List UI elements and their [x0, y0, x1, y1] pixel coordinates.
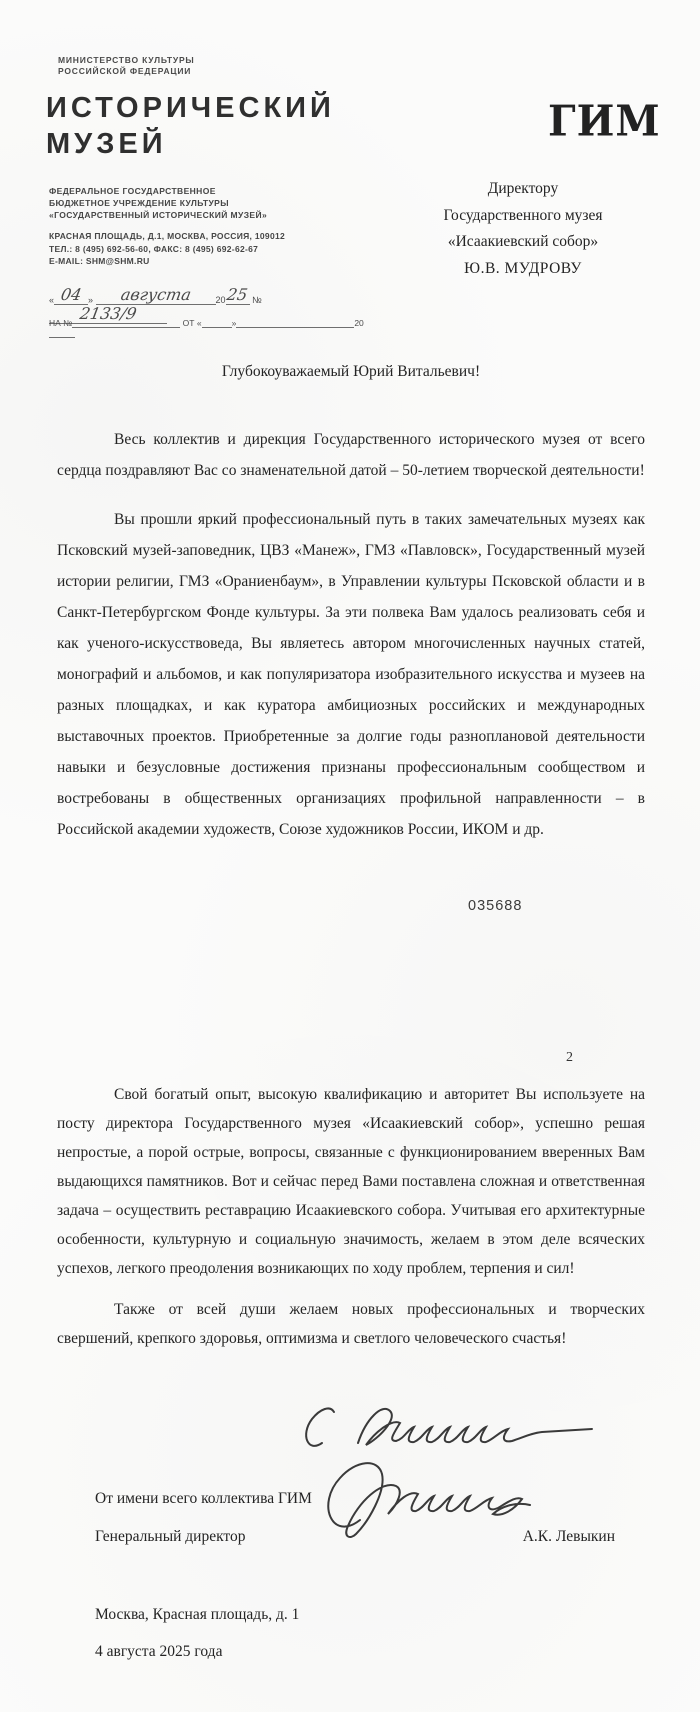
addressee-org2: «Исаакиевский собор»	[378, 229, 668, 256]
na-label: НА №	[49, 318, 72, 328]
paragraph-1: Весь коллектив и дирекция Государственно…	[57, 424, 645, 486]
footer-address: Москва, Красная площадь, д. 1	[95, 1596, 299, 1633]
addressee-org1: Государственного музея	[378, 203, 668, 230]
signature-block: От имени всего коллектива ГИМ Генеральны…	[95, 1480, 655, 1556]
ministry-header: МИНИСТЕРСТВО КУЛЬТУРЫ РОССИЙСКОЙ ФЕДЕРАЦ…	[58, 55, 195, 77]
contact-block: КРАСНАЯ ПЛОЩАДЬ, Д.1, МОСКВА, РОССИЯ, 10…	[49, 230, 285, 268]
reference-line: НА № ОТ «»20	[49, 318, 389, 338]
addressee-role: Директору	[378, 176, 668, 203]
ministry-line1: МИНИСТЕРСТВО КУЛЬТУРЫ	[58, 55, 195, 66]
stamp-number: 035688	[468, 898, 522, 914]
scanned-letter-page: { "letterhead": { "ministry_line1": "МИН…	[0, 0, 700, 1712]
museum-name-line2: МУЗЕЙ	[46, 126, 335, 162]
letter-body-page1: Весь коллектив и дирекция Государственно…	[57, 424, 645, 863]
footer-date: 4 августа 2025 года	[95, 1633, 299, 1670]
letter-body-page2: Свой богатый опыт, высокую квалификацию …	[57, 1080, 645, 1365]
handwritten-month: августа	[119, 286, 192, 304]
org-line3: «ГОСУДАРСТВЕННЫЙ ИСТОРИЧЕСКИЙ МУЗЕЙ»	[49, 209, 267, 221]
addressee-name: Ю.В. МУДРОВУ	[378, 256, 668, 283]
handwritten-day: 04	[59, 286, 83, 304]
organization-block: ФЕДЕРАЛЬНОЕ ГОСУДАРСТВЕННОЕ БЮДЖЕТНОЕ УЧ…	[49, 185, 267, 221]
number-sign: №	[252, 295, 262, 305]
gim-logo: ГИМ	[548, 97, 661, 146]
salutation: Глубокоуважаемый Юрий Витальевич!	[57, 363, 645, 381]
on-behalf-line: От имени всего коллектива ГИМ	[95, 1480, 655, 1518]
ot-label: ОТ «	[183, 318, 202, 328]
paragraph-4: Также от всей души желаем новых професси…	[57, 1295, 645, 1353]
paragraph-2: Вы прошли яркий профессиональный путь в …	[57, 504, 645, 845]
year-prefix: 20	[216, 295, 226, 305]
ministry-line2: РОССИЙСКОЙ ФЕДЕРАЦИИ	[58, 66, 195, 77]
org-line1: ФЕДЕРАЛЬНОЕ ГОСУДАРСТВЕННОЕ	[49, 185, 267, 197]
phone-line: ТЕЛ.: 8 (495) 692-56-60, ФАКС: 8 (495) 6…	[49, 243, 285, 256]
ref-year-prefix: 20	[354, 318, 363, 328]
page-number: 2	[566, 1050, 573, 1066]
signature-flourish	[270, 1385, 600, 1475]
address-line: КРАСНАЯ ПЛОЩАДЬ, Д.1, МОСКВА, РОССИЯ, 10…	[49, 230, 285, 243]
paragraph-3: Свой богатый опыт, высокую квалификацию …	[57, 1080, 645, 1283]
handwritten-year: 25	[226, 286, 250, 304]
footer-block: Москва, Красная площадь, д. 1 4 августа …	[95, 1596, 299, 1670]
director-name: А.К. Левыкин	[523, 1518, 615, 1556]
museum-name-line1: ИСТОРИЧЕСКИЙ	[46, 90, 335, 126]
org-line2: БЮДЖЕТНОЕ УЧРЕЖДЕНИЕ КУЛЬТУРЫ	[49, 197, 267, 209]
museum-name: ИСТОРИЧЕСКИЙ МУЗЕЙ	[46, 90, 335, 162]
email-line: E-MAIL: SHM@SHM.RU	[49, 255, 285, 268]
addressee-block: Директору Государственного музея «Исааки…	[378, 176, 668, 282]
